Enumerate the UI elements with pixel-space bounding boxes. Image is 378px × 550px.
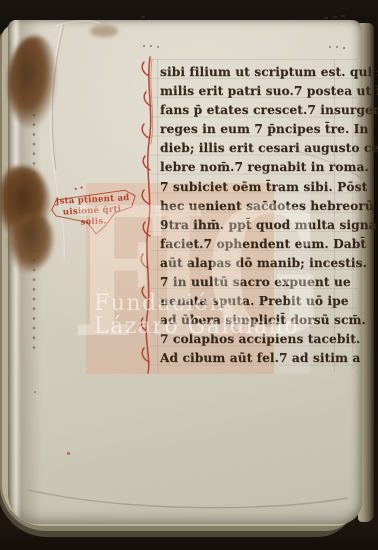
pricking-dot [336,46,338,48]
pricking-dot [329,46,331,48]
pricking-dot [143,45,145,47]
red-speck-1 [67,452,70,455]
watermark-initial-g: G [206,179,325,371]
manuscript-line: milis erit patri suo.7 postea ut ī [160,82,364,101]
red-speck-2 [34,391,36,393]
edge-mark [141,16,145,18]
watermark-name-line2: Lázaro Galdiano [94,314,299,339]
manuscript-line: sibi filium ut scriptum est. qui si [160,63,364,82]
pricking-dot [150,45,152,47]
manuscript-line: dieb; illis erit cesari augusto ce [160,139,364,158]
pricking-dot [343,47,345,49]
pricking-marks-column [31,112,37,354]
photo-frame: sibi filium ut scriptum est. qui si mili… [0,0,378,550]
edge-mark [324,17,328,19]
stain-top-small [90,25,118,37]
pricking-dot [157,46,159,48]
watermark-name-line1: Fundación [94,291,225,316]
manuscript-line: fans p̄ etates crescet.7 insurgent [160,101,364,120]
manuscript-line: reges in eum 7 p̄ncipes t̄re. In [160,120,364,139]
edge-mark [341,15,345,17]
edge-mark [333,16,337,18]
